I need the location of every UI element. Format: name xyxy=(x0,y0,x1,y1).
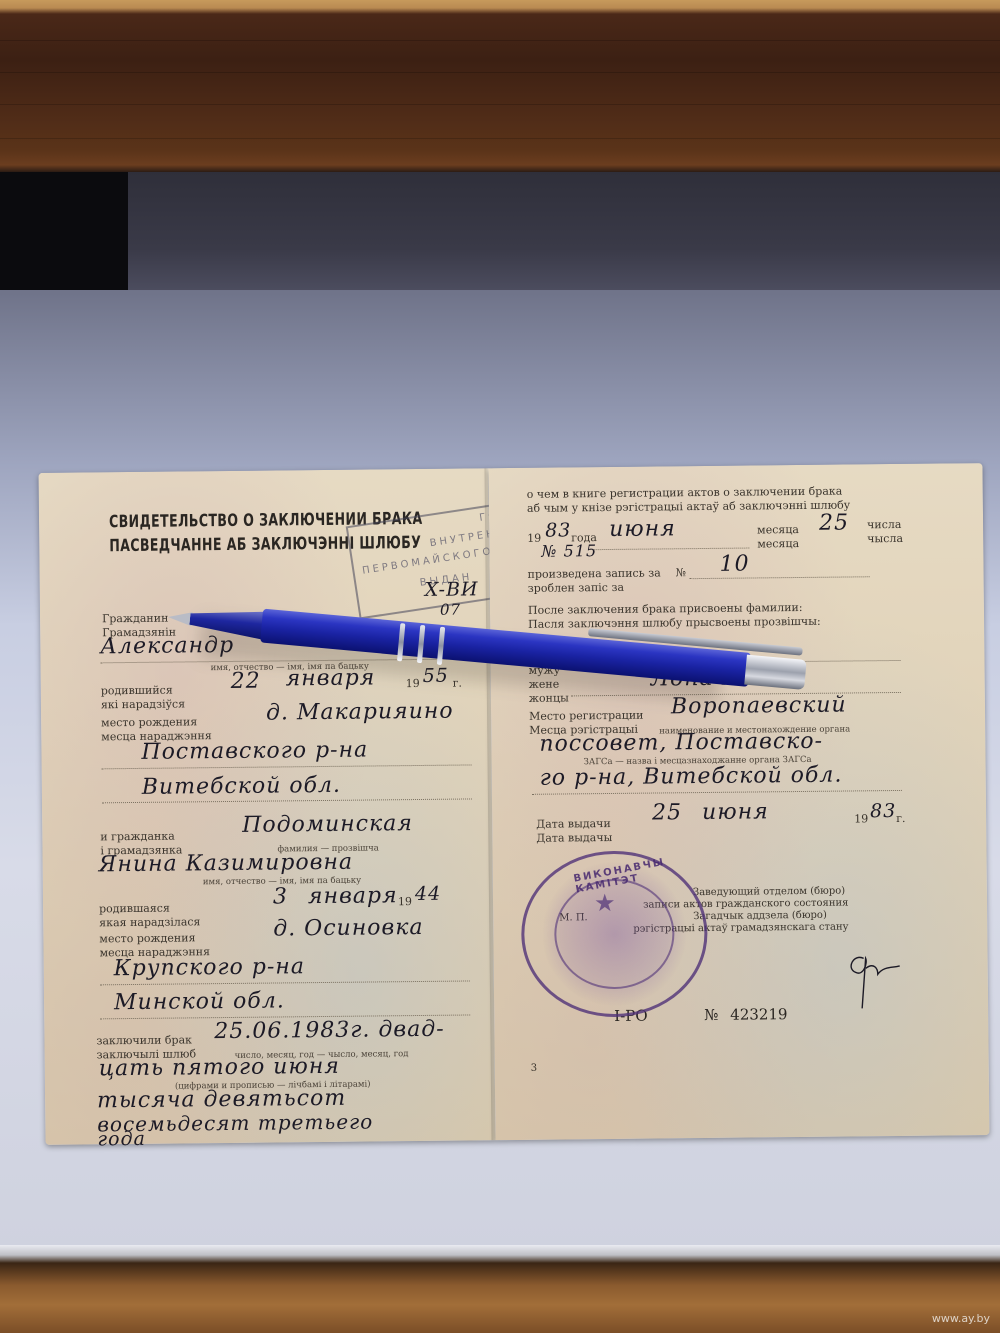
stamp-number: № 515 xyxy=(541,541,597,561)
dotted-line xyxy=(690,576,870,579)
number-label: № xyxy=(704,1006,718,1024)
bride-birth-year: 44 xyxy=(415,883,441,905)
issue-date-label-by: Дата выдачы xyxy=(536,831,612,846)
born-f-label-by: якая нарадзілася xyxy=(99,915,200,930)
dotted-line xyxy=(532,790,902,795)
bride-birth-day: 3 xyxy=(273,884,288,909)
bride-surname: Подоминская xyxy=(242,811,413,838)
issue-day: 25 xyxy=(652,800,682,825)
surnames-label-by: Пасля заключэння шлюбу прысвоены прозвіш… xyxy=(528,615,821,632)
issue-year: 83 xyxy=(870,800,896,822)
bride-birthplace-line: Крупского р-на xyxy=(114,954,305,981)
year-prefix: 19 xyxy=(406,677,420,691)
groom-birthplace-line: Витебской обл. xyxy=(142,773,341,800)
issue-date-label: Дата выдачи xyxy=(536,817,611,832)
day-label-by: чысла xyxy=(867,532,903,546)
reg-place-line: го р-на, Витебской обл. xyxy=(540,763,843,791)
wooden-shelf-top xyxy=(0,0,1000,172)
marriage-date-words: цать пятого июня xyxy=(99,1054,340,1082)
marriage-date: 25.06.1983г. двад- xyxy=(214,1017,445,1044)
bride-birth-month: января xyxy=(308,883,398,909)
registry-text-by: аб чым у кнізе рэгістрацыі актаў аб закл… xyxy=(527,498,850,515)
citizen-label: Гражданин xyxy=(102,612,168,627)
year-prefix: 19 xyxy=(854,812,868,826)
dotted-line xyxy=(100,980,470,985)
star-emblem-icon: ★ xyxy=(594,889,616,917)
marriage-date-words: года xyxy=(97,1128,146,1151)
dark-gap xyxy=(0,172,128,292)
record-no-label: № xyxy=(676,566,687,580)
groom-birthplace-line: Поставского р-на xyxy=(141,738,368,765)
born-label: родившийся xyxy=(101,684,173,699)
born-f-label: родившаяся xyxy=(99,902,170,917)
signature-icon xyxy=(844,948,905,1019)
certificate-number: 423219 xyxy=(730,1005,787,1024)
pen-ring xyxy=(397,623,405,661)
record-label: произведена запись за xyxy=(528,566,661,581)
dotted-line xyxy=(589,548,749,551)
pen-grip xyxy=(189,605,265,640)
certificate-right-page: о чем в книге регистрации актов о заключ… xyxy=(488,463,989,1140)
year-suffix: г. xyxy=(896,812,905,826)
wife-label-by: жонцы xyxy=(529,691,569,705)
dotted-line xyxy=(102,764,472,769)
born-label-by: які нарадзіўся xyxy=(101,697,185,712)
birthplace-label: место рождения xyxy=(101,715,197,730)
pen-ring xyxy=(417,625,425,663)
bride-birthplace-line: д. Осиновка xyxy=(273,915,424,942)
birthplace-label: место рождения xyxy=(99,931,195,946)
reg-place-label: Место регистрации xyxy=(529,709,644,724)
registry-month: июня xyxy=(609,516,676,542)
married-label: заключили брак xyxy=(96,1033,192,1048)
stamp-handwriting-2: 07 xyxy=(440,601,461,619)
watermark: www.ay.by xyxy=(932,1312,990,1325)
wooden-table-edge xyxy=(0,1245,1000,1333)
certificate-left-page: СВИДЕТЕЛЬСТВО О ЗАКЛЮЧЕНИИ БРАКА ПАСВЕДЧ… xyxy=(39,468,496,1145)
month-label: месяца xyxy=(757,523,799,537)
month-label-by: месяца xyxy=(757,537,799,551)
stamp-handwriting: X-ВИ xyxy=(425,578,479,601)
reg-place-line: поссовет, Поставско- xyxy=(539,729,823,757)
pen-ring xyxy=(437,627,445,665)
page-number: 3 xyxy=(531,1062,538,1076)
and-citizen-label: и гражданка xyxy=(100,830,175,845)
pen-cap xyxy=(744,655,806,690)
groom-birthplace-line: д. Макарияино xyxy=(266,699,454,726)
bride-name: Янина Казимировна xyxy=(98,850,353,878)
year-prefix: 19 xyxy=(527,532,541,546)
pen-tip xyxy=(167,610,192,626)
record-number: 10 xyxy=(719,552,749,577)
groom-birth-day: 22 xyxy=(231,669,261,694)
day-label: числа xyxy=(867,518,901,532)
year-prefix: 19 xyxy=(398,895,412,909)
marriage-certificate: СВИДЕТЕЛЬСТВО О ЗАКЛЮЧЕНИИ БРАКА ПАСВЕДЧ… xyxy=(39,463,990,1145)
record-label-by: зроблен запіс за xyxy=(528,581,624,596)
registry-year: 83 xyxy=(545,519,571,541)
bride-birthplace-line: Минской обл. xyxy=(114,988,285,1015)
registry-day: 25 xyxy=(819,510,849,535)
issue-month: июня xyxy=(702,799,769,825)
